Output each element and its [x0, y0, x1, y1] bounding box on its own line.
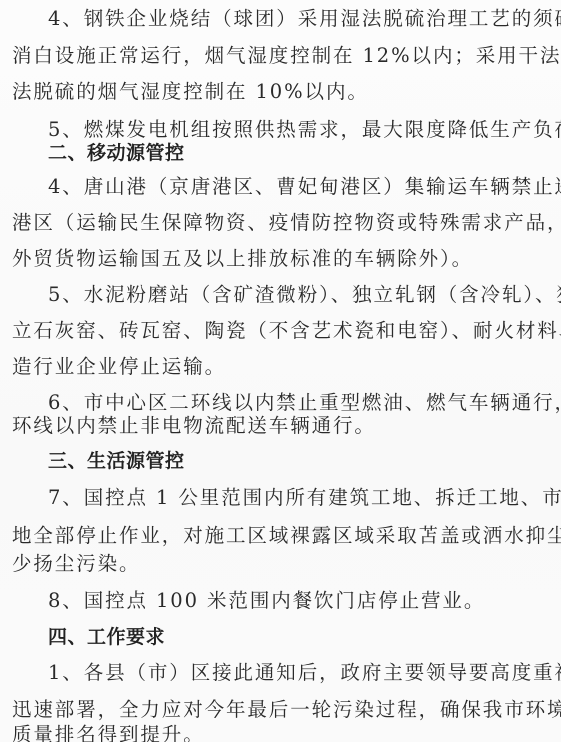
paragraph-line: 4、唐山港（京唐港区、曹妃甸港区）集输运车辆禁止进出 — [48, 172, 517, 202]
paragraph-line: 外贸货物运输国五及以上排放标准的车辆除外）。 — [12, 244, 517, 274]
paragraph-line: 质量排名得到提升。 — [12, 720, 517, 742]
paragraph-line: 4、钢铁企业烧结（球团）采用湿法脱硫治理工艺的须确保 — [48, 4, 517, 34]
paragraph-line: 7、国控点 1 公里范围内所有建筑工地、拆迁工地、市政工 — [48, 483, 517, 513]
paragraph-line: 地全部停止作业，对施工区域裸露区域采取苫盖或洒水抑尘，减 — [12, 521, 517, 551]
document-page: 4、钢铁企业烧结（球团）采用湿法脱硫治理工艺的须确保 消白设施正常运行，烟气湿度… — [0, 0, 561, 742]
paragraph-line: 环线以内禁止非电物流配送车辆通行。 — [12, 411, 517, 441]
paragraph-line: 1、各县（市）区接此通知后，政府主要领导要高度重视， — [48, 658, 517, 688]
paragraph-line: 消白设施正常运行，烟气湿度控制在 12%以内；采用干法、半干 — [12, 41, 517, 71]
paragraph-line: 法脱硫的烟气湿度控制在 10%以内。 — [12, 77, 517, 107]
section-heading-work-requirements: 四、工作要求 — [48, 622, 553, 652]
section-heading-living-source: 三、生活源管控 — [48, 446, 553, 476]
paragraph-line: 少扬尘污染。 — [12, 549, 517, 579]
paragraph-line: 港区（运输民生保障物资、疫情防控物资或特殊需求产品，以及 — [12, 208, 517, 238]
section-heading-mobile-source: 二、移动源管控 — [48, 138, 553, 168]
paragraph-line: 造行业企业停止运输。 — [12, 352, 517, 382]
paragraph-line: 5、水泥粉磨站（含矿渣微粉）、独立轧钢（含冷轧）、独 — [48, 280, 517, 310]
paragraph-line: 立石灰窑、砖瓦窑、陶瓷（不含艺术瓷和电窑）、耐火材料、铸 — [12, 316, 517, 346]
paragraph-line: 8、国控点 100 米范围内餐饮门店停止营业。 — [48, 586, 517, 616]
